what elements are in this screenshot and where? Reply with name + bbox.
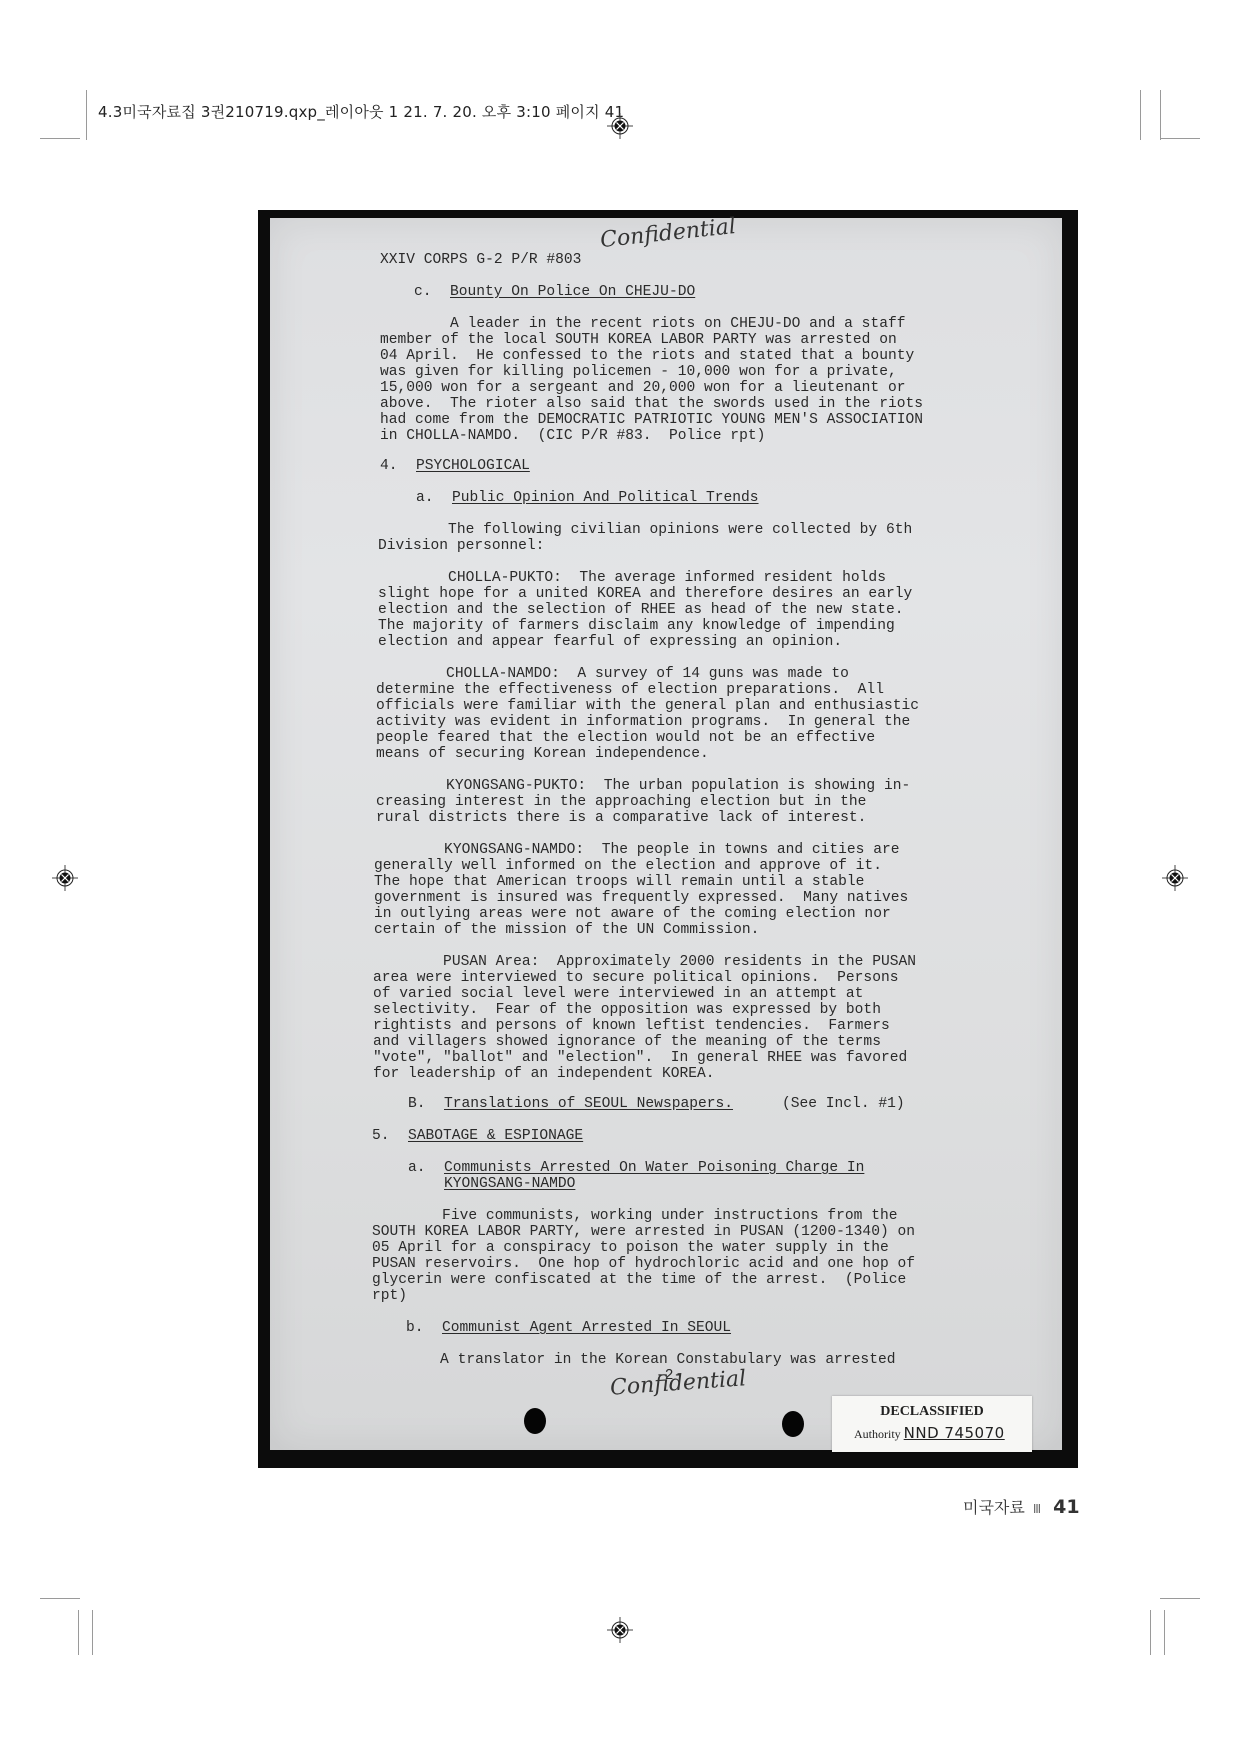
paragraph-line: of varied social level were interviewed … [373, 986, 863, 1002]
paragraph-line: rural districts there is a comparative l… [376, 810, 866, 826]
paragraph-line: PUSAN Area: Approximately 2000 residents… [373, 954, 916, 970]
paragraph-line: for leadership of an independent KOREA. [373, 1066, 715, 1082]
declassified-stamp: DECLASSIFIED Authority NND 745070 [832, 1396, 1032, 1452]
paragraph-line: officials were familiar with the general… [376, 698, 919, 714]
paragraph-line: KYONGSANG-PUKTO: The urban population is… [376, 778, 910, 794]
handwritten-confidential-bottom: Confidential [610, 1371, 747, 1397]
paragraph-line: election and appear fearful of expressin… [378, 634, 842, 650]
crop-mark [1160, 138, 1200, 139]
paragraph-line: activity was evident in information prog… [376, 714, 910, 730]
paragraph-line: 04 April. He confessed to the riots and … [380, 348, 914, 364]
crop-mark [40, 138, 80, 139]
paragraph-line: was given for killing policemen - 10,000… [380, 364, 897, 380]
paragraph-line: A leader in the recent riots on CHEJU-DO… [380, 316, 905, 332]
crop-mark [1160, 1598, 1200, 1599]
folio-page-number: 41 [1053, 1496, 1079, 1518]
stamp-authority-number: NND 745070 [904, 1424, 1005, 1442]
paragraph-line: glycerin were confiscated at the time of… [372, 1272, 906, 1288]
section-4a-label: a. [416, 490, 434, 506]
paragraph-line: The majority of farmers disclaim any kno… [378, 618, 895, 634]
crop-mark [1160, 90, 1161, 140]
section-5b-label: b. [406, 1320, 424, 1336]
paragraph-line: KYONGSANG-NAMDO: The people in towns and… [374, 842, 899, 858]
report-reference: XXIV CORPS G-2 P/R #803 [380, 252, 581, 268]
paragraph-line: selectivity. Fear of the opposition was … [373, 1002, 881, 1018]
crop-mark [92, 1610, 93, 1655]
registration-mark-icon [1162, 865, 1188, 891]
section-5b-title: Communist Agent Arrested In SEOUL [442, 1320, 731, 1336]
crop-mark [1164, 1610, 1165, 1655]
section-5a-label: a. [408, 1160, 426, 1176]
section-c-label: c. [414, 284, 432, 300]
registration-mark-icon [52, 865, 78, 891]
section-c-title: Bounty On Police On CHEJU-DO [450, 284, 695, 300]
paragraph-line: above. The rioter also said that the swo… [380, 396, 923, 412]
paragraph-line: government is insured was frequently exp… [374, 890, 908, 906]
stamp-authority-label: Authority [854, 1427, 901, 1441]
section-5a-title-line1: Communists Arrested On Water Poisoning C… [444, 1160, 864, 1176]
paragraph-line: member of the local SOUTH KOREA LABOR PA… [380, 332, 897, 348]
stamp-authority: Authority NND 745070 [854, 1424, 1005, 1442]
section-4-number: 4. [380, 458, 398, 474]
paragraph-line: PUSAN reservoirs. One hop of hydrochlori… [372, 1256, 915, 1272]
paragraph-line: Division personnel: [378, 538, 544, 554]
section-4a-title: Public Opinion And Political Trends [452, 490, 759, 506]
paragraph-line: rightists and persons of known leftist t… [373, 1018, 890, 1034]
paragraph-line: slight hope for a united KOREA and there… [378, 586, 912, 602]
paragraph-line: election and the selection of RHEE as he… [378, 602, 903, 618]
punch-hole [782, 1411, 804, 1437]
paragraph-line: CHOLLA-NAMDO: A survey of 14 guns was ma… [376, 666, 849, 682]
stamp-title: DECLASSIFIED [832, 1404, 1032, 1420]
section-4-title: PSYCHOLOGICAL [416, 458, 530, 474]
paragraph-line: determine the effectiveness of election … [376, 682, 884, 698]
document-page: XXIV CORPS G-2 P/R #803 Confidential c. … [270, 218, 1062, 1450]
paragraph-line: CHOLLA-PUKTO: The average informed resid… [378, 570, 886, 586]
crop-mark [1150, 1610, 1151, 1655]
section-5-number: 5. [372, 1128, 390, 1144]
folio-section: 미국자료 [963, 1498, 1025, 1517]
paragraph-line: had come from the DEMOCRATIC PATRIOTIC Y… [380, 412, 923, 428]
print-slug: 4.3미국자료집 3권210719.qxp_레이아웃 1 21. 7. 20. … [98, 101, 624, 122]
paragraph-line: 05 April for a conspiracy to poison the … [372, 1240, 889, 1256]
section-4b-note: (See Incl. #1) [782, 1096, 905, 1112]
section-5-title: SABOTAGE & ESPIONAGE [408, 1128, 583, 1144]
registration-mark-icon [607, 113, 633, 139]
section-4b-label: B. [408, 1096, 426, 1112]
paragraph-line: in CHOLLA-NAMDO. (CIC P/R #83. Police rp… [380, 428, 765, 444]
paragraph-line: means of securing Korean independence. [376, 746, 709, 762]
paragraph-line: SOUTH KOREA LABOR PARTY, were arrested i… [372, 1224, 915, 1240]
paragraph-line: A translator in the Korean Constabulary … [370, 1352, 895, 1368]
folio-volume: Ⅲ [1033, 1502, 1041, 1516]
section-4b-title: Translations of SEOUL Newspapers. [444, 1096, 733, 1112]
paragraph-line: and villagers showed ignorance of the me… [373, 1034, 881, 1050]
paragraph-line: The hope that American troops will remai… [374, 874, 864, 890]
paragraph-line: rpt) [372, 1288, 407, 1304]
crop-mark [78, 1610, 79, 1655]
crop-mark [40, 1598, 80, 1599]
paragraph-line: 15,000 won for a sergeant and 20,000 won… [380, 380, 905, 396]
paragraph-line: people feared that the election would no… [376, 730, 875, 746]
handwritten-confidential-top: Confidential [600, 219, 737, 249]
registration-mark-icon [607, 1617, 633, 1643]
punch-hole [524, 1408, 546, 1434]
paragraph-line: creasing interest in the approaching ele… [376, 794, 866, 810]
paragraph-line: generally well informed on the election … [374, 858, 882, 874]
folio: 미국자료Ⅲ41 [963, 1495, 1080, 1518]
paragraph-line: in outlying areas were not aware of the … [374, 906, 891, 922]
crop-mark [86, 90, 87, 140]
paragraph-line: The following civilian opinions were col… [378, 522, 912, 538]
crop-mark [1140, 90, 1141, 140]
paragraph-line: certain of the mission of the UN Commiss… [374, 922, 759, 938]
paragraph-line: area were interviewed to secure politica… [373, 970, 898, 986]
paragraph-line: Five communists, working under instructi… [372, 1208, 897, 1224]
paragraph-line: "vote", "ballot" and "election". In gene… [373, 1050, 907, 1066]
section-5a-title-line2: KYONGSANG-NAMDO [444, 1176, 575, 1192]
